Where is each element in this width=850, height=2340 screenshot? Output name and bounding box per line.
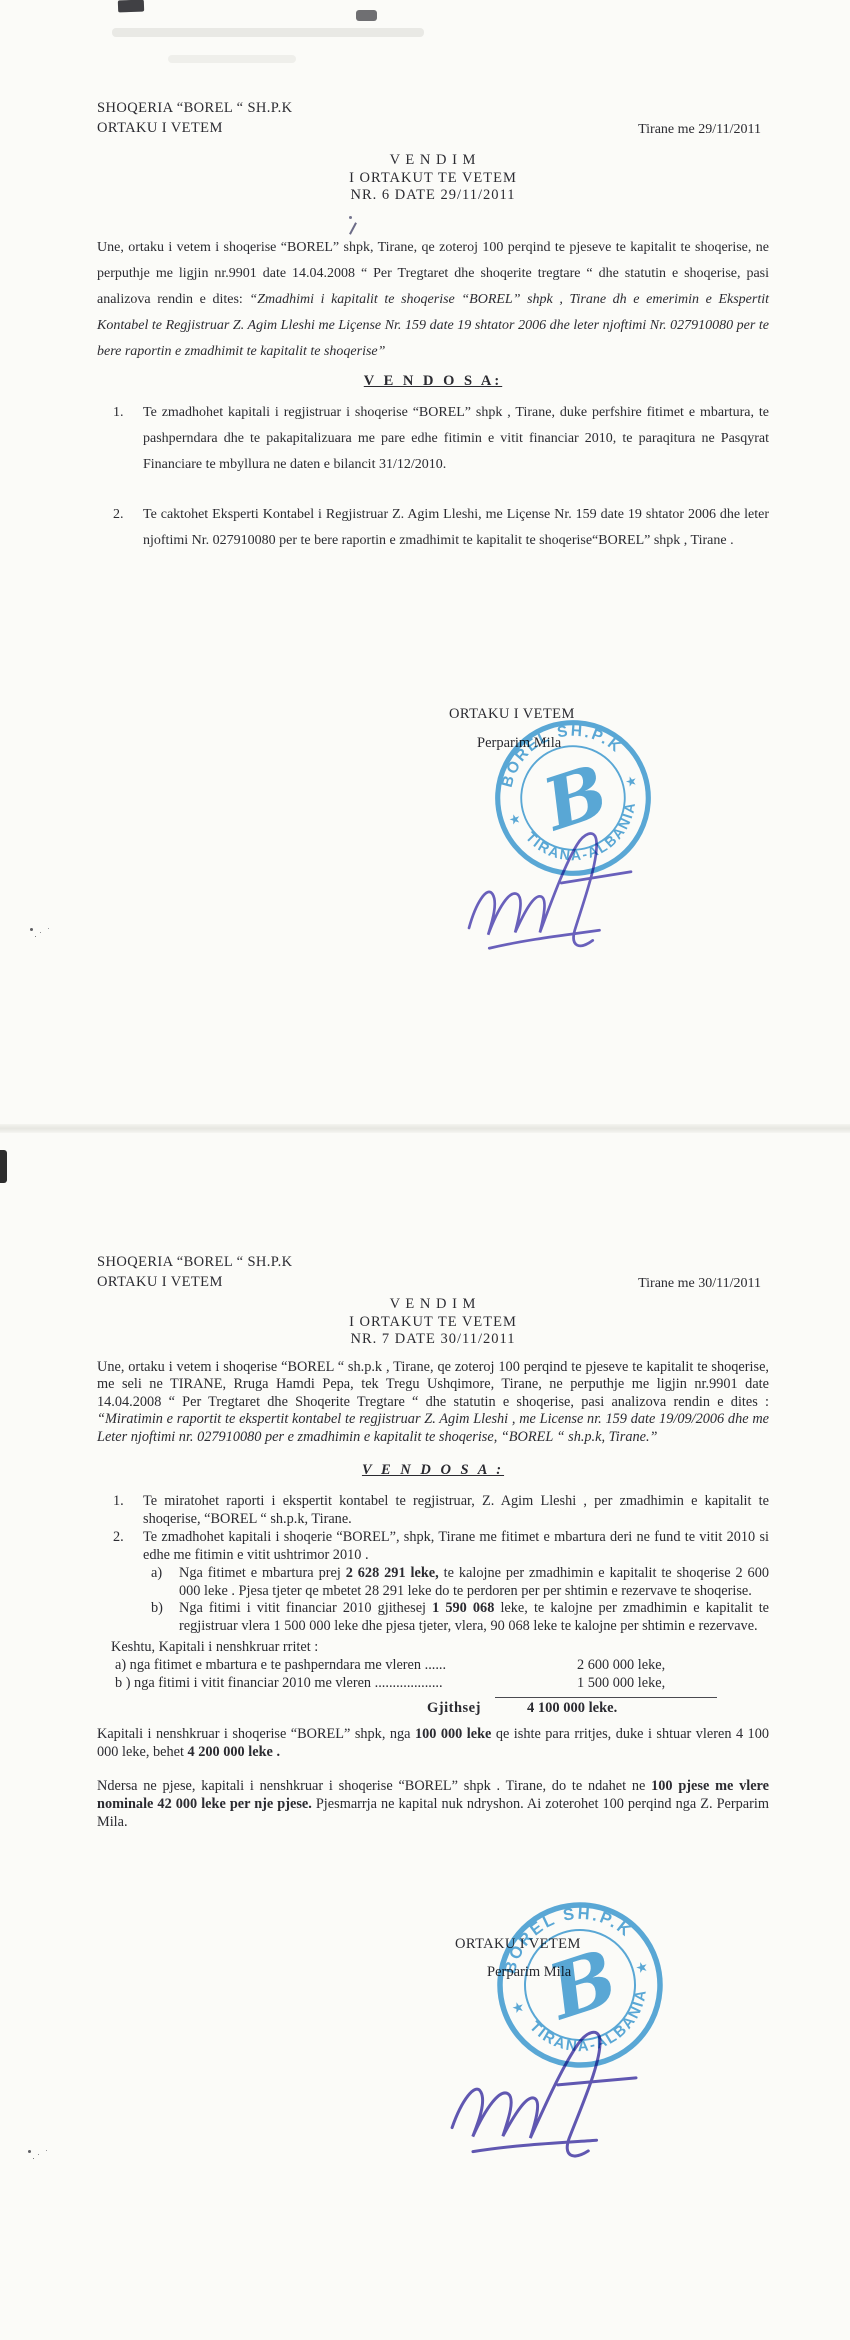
decision-item-2: 2. Te zmadhohet kapitali i shoqerie “BOR… bbox=[97, 1529, 769, 1564]
decision-heading: V E N D I M bbox=[97, 1296, 769, 1314]
decision-text: Te zmadhohet kapitali i regjistruar i sh… bbox=[143, 400, 769, 478]
signature-stroke bbox=[469, 833, 597, 945]
capital-pre: Kapitali i nenshkruar i shoqerise “BOREL… bbox=[97, 1726, 415, 1742]
sub-b-amount: 1 590 068 bbox=[432, 1600, 494, 1616]
sub-decision-letter: a) bbox=[143, 1565, 179, 1600]
decision-text: Te caktohet Eksperti Kontabel i Regjistr… bbox=[143, 502, 769, 554]
decision-number-date: NR. 6 DATE 29/11/2011 bbox=[97, 187, 769, 205]
document-page-2: SHOQERIA “BOREL “ SH.P.K ORTAKU I VETEM … bbox=[97, 1252, 769, 2340]
decision-number: 2. bbox=[97, 1529, 143, 1564]
decision-number: 1. bbox=[97, 1493, 143, 1528]
summary-line-b: b ) nga fitimi i vitit financiar 2010 me… bbox=[115, 1674, 769, 1692]
document-page-1: SHOQERIA “BOREL “ SH.P.K ORTAKU I VETEM … bbox=[97, 98, 769, 1248]
scan-artifact-top-mark bbox=[118, 0, 144, 12]
page1-letterhead: SHOQERIA “BOREL “ SH.P.K ORTAKU I VETEM bbox=[97, 98, 293, 138]
signature-bar bbox=[561, 872, 631, 883]
decision-number: 1. bbox=[97, 400, 143, 478]
summary-label: b ) nga fitimi i vitit financiar 2010 me… bbox=[115, 1674, 563, 1692]
sub-decision-b: b) Nga fitimi i vitit financiar 2010 gji… bbox=[143, 1600, 769, 1635]
decision-item-1: 1. Te miratohet raporti i ekspertit kont… bbox=[97, 1493, 769, 1528]
scan-dust bbox=[30, 928, 33, 931]
summary-value: 2 600 000 leke, bbox=[563, 1656, 665, 1674]
decision-number-date: NR. 7 DATE 30/11/2011 bbox=[97, 1331, 769, 1349]
decision-item-1: 1. Te zmadhohet kapitali i regjistruar i… bbox=[97, 400, 769, 478]
signature-bar bbox=[558, 2072, 636, 2090]
decision-subject: I ORTAKUT TE VETEM bbox=[97, 1314, 769, 1332]
sub-b-pre: Nga fitimi i vitit financiar 2010 gjithe… bbox=[179, 1600, 432, 1616]
dateline: Tirane me 30/11/2011 bbox=[638, 1276, 769, 1292]
summary-label: a) nga fitimet e mbartura e te pashpernd… bbox=[115, 1656, 563, 1674]
decision-item-2: 2. Te caktohet Eksperti Kontabel i Regji… bbox=[97, 502, 769, 554]
handwritten-signature bbox=[425, 820, 675, 955]
star-icon-right: ★ bbox=[634, 1959, 651, 1977]
capital-old-amount: 100 000 leke bbox=[415, 1726, 491, 1742]
scanned-document: { "ink_color": "#2b2b31", "stamp_color":… bbox=[0, 0, 850, 2340]
decision-title-block: V E N D I M I ORTAKUT TE VETEM NR. 6 DAT… bbox=[97, 152, 769, 205]
intro-paragraph: Une, ortaku i vetem i shoqerise “BOREL “… bbox=[97, 1359, 769, 1447]
decision-title-block: V E N D I M I ORTAKUT TE VETEM NR. 7 DAT… bbox=[97, 1296, 769, 1349]
page2-header: SHOQERIA “BOREL “ SH.P.K ORTAKU I VETEM … bbox=[97, 1252, 769, 1292]
company-name: SHOQERIA “BOREL “ SH.P.K bbox=[97, 98, 293, 118]
decision-text: Te miratohet raporti i ekspertit kontabe… bbox=[143, 1493, 769, 1528]
page1-header: SHOQERIA “BOREL “ SH.P.K ORTAKU I VETEM … bbox=[97, 98, 769, 138]
sub-decision-text: Nga fitimi i vitit financiar 2010 gjithe… bbox=[179, 1600, 769, 1635]
total-label: Gjithsej bbox=[427, 1700, 481, 1717]
handwritten-signature bbox=[410, 2005, 680, 2173]
sole-owner-label: ORTAKU I VETEM bbox=[97, 118, 293, 138]
shares-paragraph: Ndersa ne pjese, kapitali i nenshkruar i… bbox=[97, 1777, 769, 1831]
total-value: 4 100 000 leke. bbox=[527, 1700, 617, 1717]
decision-heading: V E N D I M bbox=[97, 152, 769, 170]
shares-pre: Ndersa ne pjese, kapitali i nenshkruar i… bbox=[97, 1778, 651, 1794]
decision-text: Te zmadhohet kapitali i shoqerie “BOREL”… bbox=[143, 1529, 769, 1564]
sub-decision-a: a) Nga fitimet e mbartura prej 2 628 291… bbox=[143, 1565, 769, 1600]
decision-number: 2. bbox=[97, 502, 143, 554]
intro-italic: “Miratimin e raportit te ekspertit konta… bbox=[97, 1411, 769, 1445]
signature-stroke bbox=[451, 2023, 601, 2157]
star-icon-right: ★ bbox=[623, 772, 639, 790]
intro-paragraph: Une, ortaku i vetem i shoqerise “BOREL” … bbox=[97, 235, 769, 365]
sub-decision-text: Nga fitimet e mbartura prej 2 628 291 le… bbox=[179, 1565, 769, 1600]
vendosa-heading: V E N D O S A : bbox=[97, 1462, 769, 1479]
intro-regular: Une, ortaku i vetem i shoqerise “BOREL “… bbox=[97, 1359, 769, 1410]
scan-dust-2 bbox=[28, 2150, 31, 2153]
page2-letterhead: SHOQERIA “BOREL “ SH.P.K ORTAKU I VETEM bbox=[97, 1252, 293, 1292]
sub-a-pre: Nga fitimet e mbartura prej bbox=[179, 1565, 346, 1581]
total-row: Gjithsej 4 100 000 leke. bbox=[97, 1700, 769, 1720]
sole-owner-label: ORTAKU I VETEM bbox=[97, 1272, 293, 1292]
sub-a-amount: 2 628 291 leke, bbox=[346, 1565, 439, 1581]
summary-value: 1 500 000 leke, bbox=[563, 1674, 665, 1692]
total-rule bbox=[495, 1697, 717, 1698]
company-name: SHOQERIA “BOREL “ SH.P.K bbox=[97, 1252, 293, 1272]
sub-decision-letter: b) bbox=[143, 1600, 179, 1635]
scan-artifact-smear-2 bbox=[168, 55, 296, 63]
capital-new-amount: 4 200 000 leke . bbox=[188, 1744, 281, 1760]
scan-artifact-top-mark-2 bbox=[356, 10, 377, 21]
scan-artifact-smear bbox=[112, 28, 424, 37]
decision-subject: I ORTAKUT TE VETEM bbox=[97, 170, 769, 188]
summary-line-a: a) nga fitimet e mbartura e te pashpernd… bbox=[115, 1656, 769, 1674]
capital-increase-intro: Keshtu, Kapitali i nenshkruar rritet : bbox=[111, 1638, 769, 1656]
scan-edge-mark bbox=[0, 1150, 7, 1183]
vendosa-heading: V E N D O S A: bbox=[97, 373, 769, 390]
dateline: Tirane me 29/11/2011 bbox=[638, 122, 769, 138]
capital-paragraph: Kapitali i nenshkruar i shoqerise “BOREL… bbox=[97, 1726, 769, 1761]
